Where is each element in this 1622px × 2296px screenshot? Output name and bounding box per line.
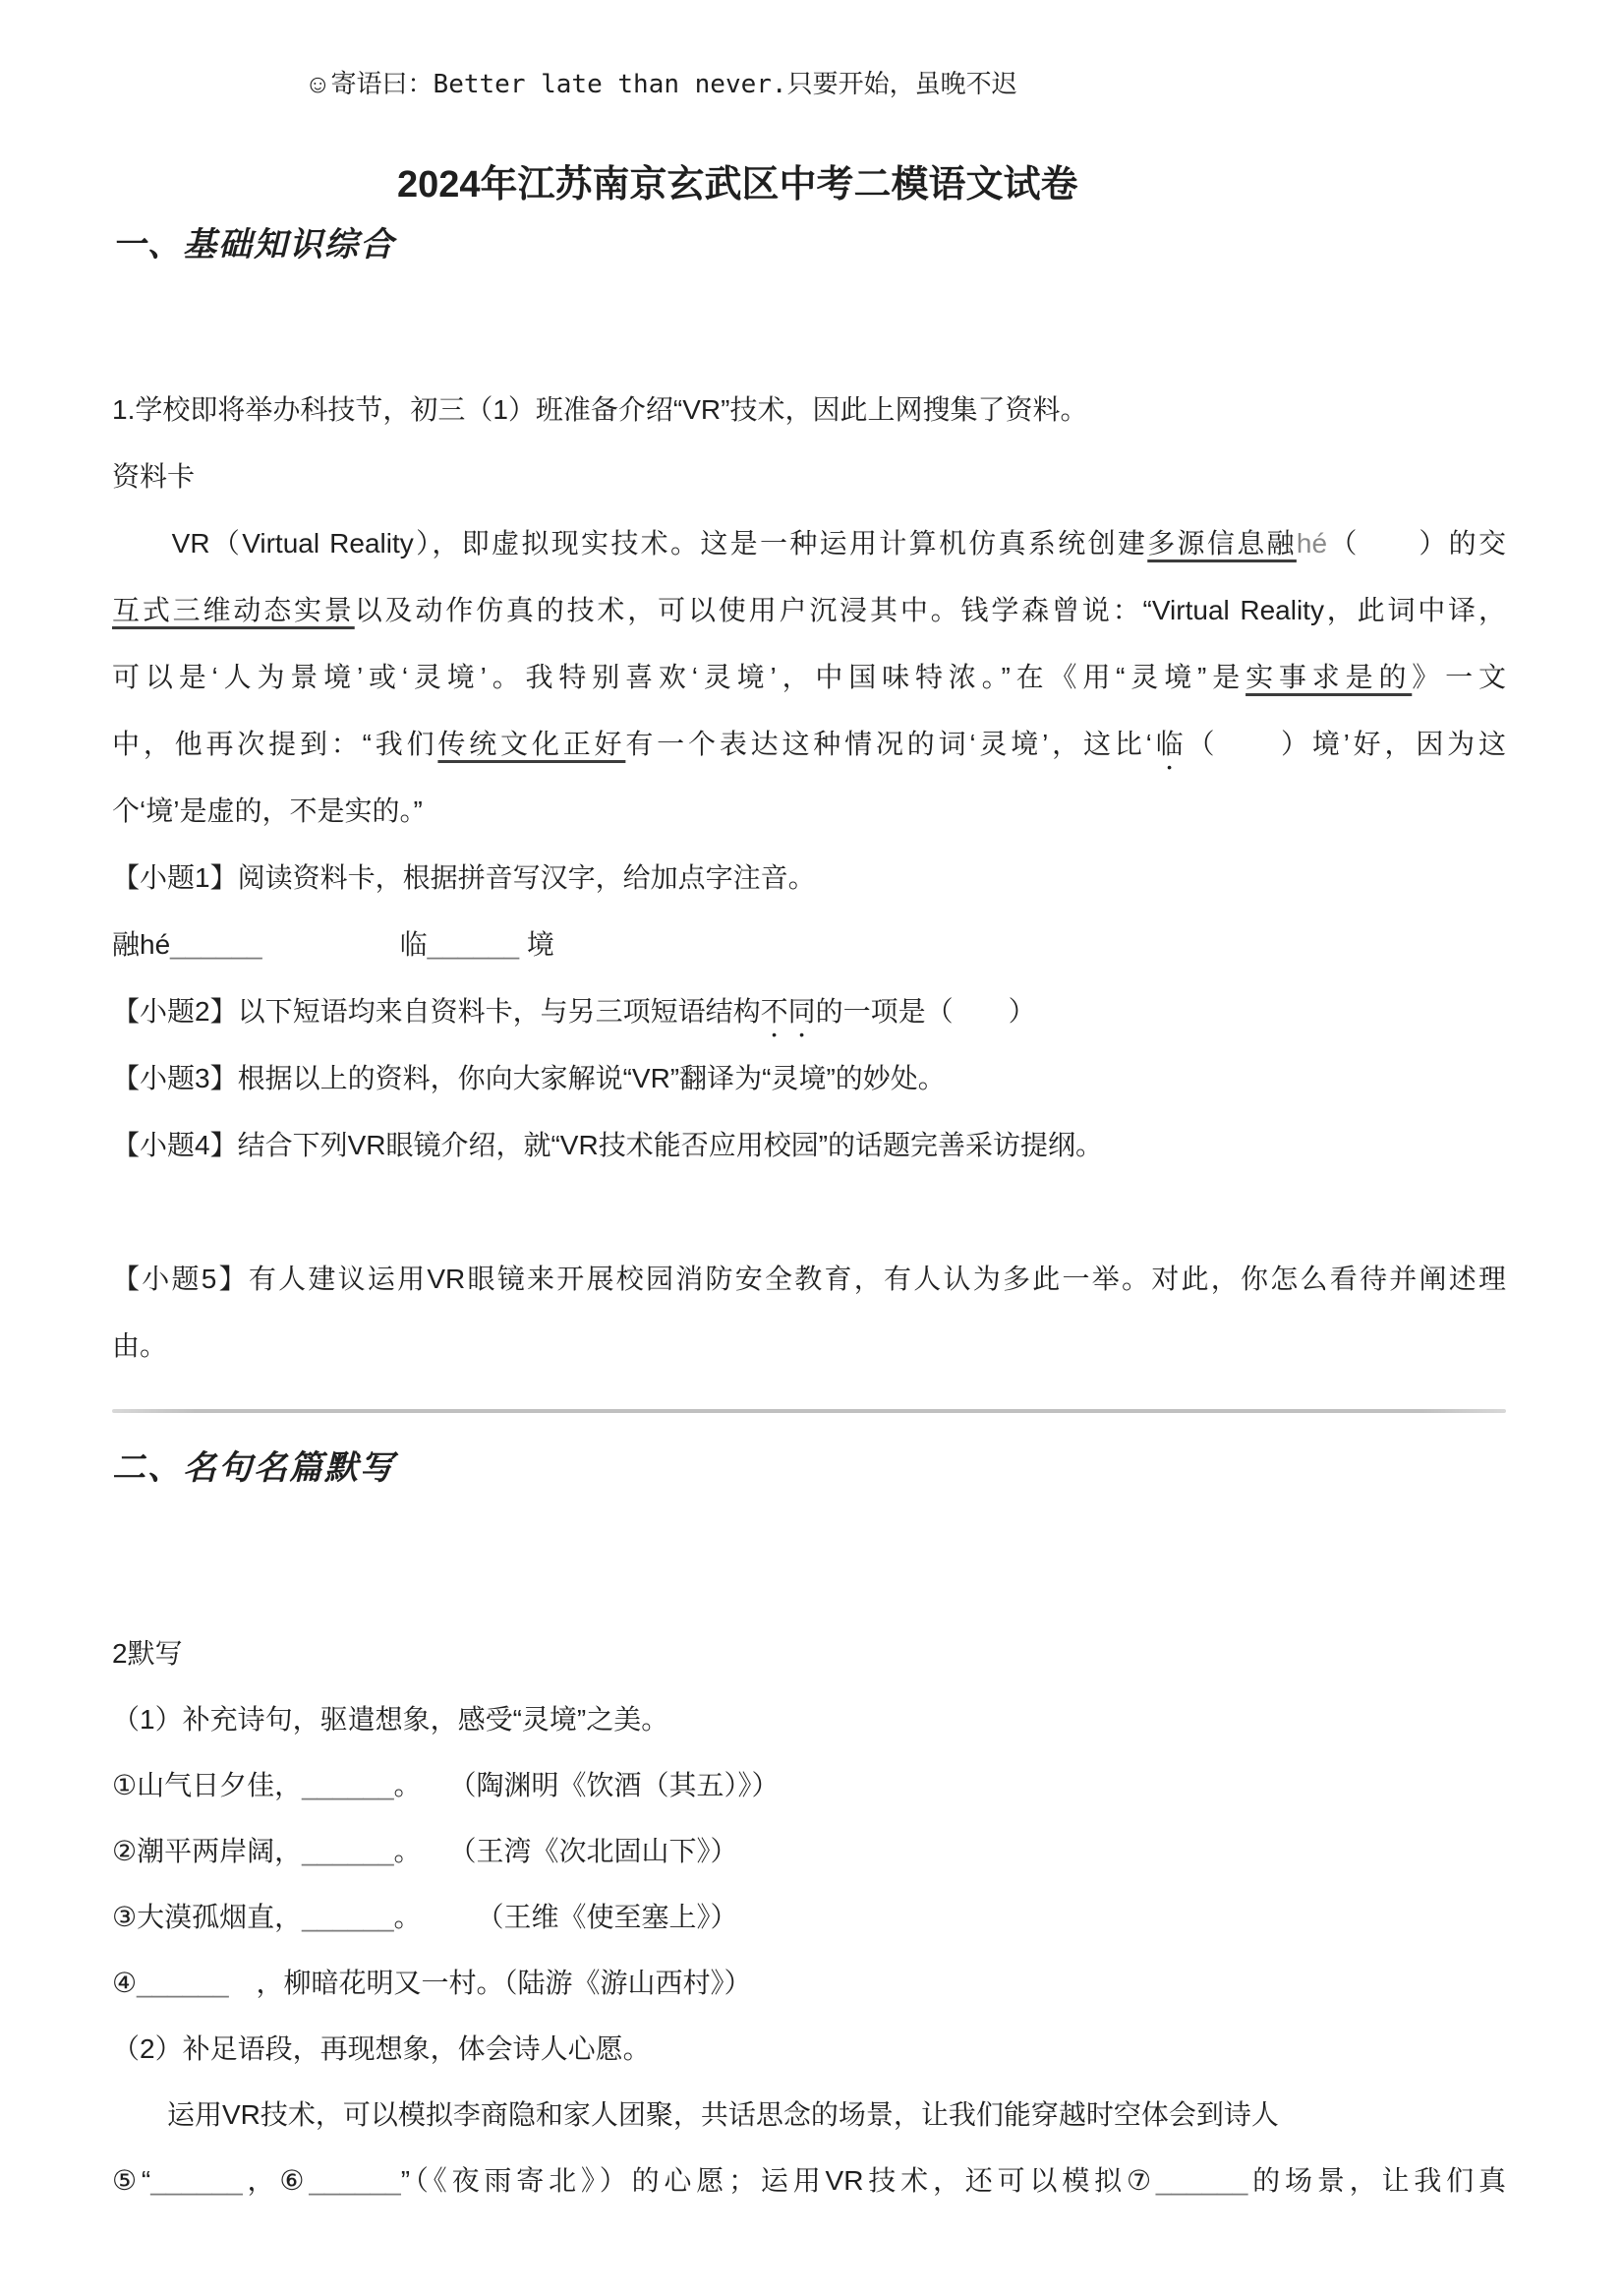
text-line: ④______ ，柳暗花明又一村。（陆游《游山西村》） [112,1950,1506,2016]
text-line: 资料卡 [112,443,1506,510]
text-line: 【小题1】阅读资料卡，根据拼音写汉字，给加点字注音。 [112,845,1506,912]
text-run: ②潮平两岸阔， [112,1836,302,1866]
text-line: VR（Virtual Reality），即虚拟现实技术。这是一种运用计算机仿真系… [112,510,1506,577]
text-run: 【小题3】根据以上的资料，你向大家解说“VR”翻译为“灵境”的妙处。 [112,1063,946,1093]
text-run: 运用VR技术，可以模拟李商隐和家人团聚，共话思念的场景，让我们能穿越时空体会到诗… [112,2099,1279,2130]
answer-blank: ______ [428,929,519,960]
section2-body: 2默写（1）补充诗句，驱遣想象，感受“灵境”之美。①山气日夕佳，______。 … [112,1620,1506,2213]
text-run: 由。 [112,1330,167,1361]
text-run: ③大漠孤烟直， [112,1902,302,1932]
text-line: 【小题5】有人建议运用VR眼镜来开展校园消防安全教育，有人认为多此一举。对此，你… [112,1246,1506,1313]
page-motto: ☺寄语曰：Better late than never.只要开始，虽晚不迟 [112,0,1506,99]
text-line: （2）补足语段，再现想象，体会诗人心愿。 [112,2016,1506,2082]
dotted-emphasis-text: 不同 [761,996,816,1027]
underlined-text: 传统文化正好 [437,729,625,759]
text-line: 【小题3】根据以上的资料，你向大家解说“VR”翻译为“灵境”的妙处。 [112,1045,1506,1112]
underlined-text: 实事求是的 [1245,662,1412,692]
text-line: 由。 [112,1313,1506,1380]
answer-blank: ______ [150,2165,242,2196]
text-run: （2）补足语段，再现想象，体会诗人心愿。 [112,2033,651,2064]
text-run: 【小题4】结合下列VR眼镜介绍，就“VR技术能否应用校园”的话题完善采访提纲。 [112,1130,1103,1160]
section1-heading: 一、基础知识综合 [112,223,1506,266]
section-divider [112,1409,1506,1413]
text-run: 。 （陶渊明《饮酒（其五）》） [394,1770,780,1800]
text-line: 2默写 [112,1620,1506,1686]
answer-blank: ______ [302,1836,393,1866]
section1-body: 1.学校即将举办科技节，初三（1）班准备介绍“VR”技术，因此上网搜集了资料。资… [112,377,1506,1380]
text-line: 中，他再次提到：“我们传统文化正好有一个表达这种情况的词‘灵境’，这比‘临（ ）… [112,711,1506,778]
text-run: ，柳暗花明又一村。（陆游《游山西村》） [229,1968,752,1998]
section2-heading: 二、名句名篇默写 [112,1446,1506,1490]
text-run: 临 [400,929,428,960]
text-run: 以及动作仿真的技术，可以使用户沉浸其中。钱学森曾说：“Virtual Reali… [355,595,1506,625]
text-run: 。 （王湾《次北固山下》） [394,1836,738,1866]
text-run: ⑤“ [112,2165,150,2196]
text-run [262,929,400,960]
text-line: 1.学校即将举办科技节，初三（1）班准备介绍“VR”技术，因此上网搜集了资料。 [112,377,1506,443]
text-run: ④ [112,1968,137,1998]
answer-blank: ______ [309,2165,400,2196]
text-line: 个‘境’是虚的，不是实的。” [112,778,1506,845]
text-run: 资料卡 [112,461,195,492]
text-run: 中，他再次提到：“我们 [112,729,437,759]
page-title: 2024年江苏南京玄武区中考二模语文试卷 [112,162,1506,207]
text-run: 境 [519,929,554,960]
text-run: 的一项是（ ） [816,996,1036,1027]
answer-blank: ______ [137,1968,228,1998]
text-run: 有一个表达这种情况的词‘灵境’，这比‘ [625,729,1152,759]
pinyin-text: hé [1297,528,1327,559]
exam-document-page: ☺寄语曰：Better late than never.只要开始，虽晚不迟 20… [0,0,1622,2213]
text-run: 》一文 [1412,662,1506,692]
text-line: （1）补充诗句，驱遣想象，感受“灵境”之美。 [112,1686,1506,1752]
text-run: 个‘境’是虚的，不是实的。” [112,795,423,826]
text-line: 融hé______ 临______ 境 [112,912,1506,978]
text-line: 互式三维动态实景以及动作仿真的技术，可以使用户沉浸其中。钱学森曾说：“Virtu… [112,577,1506,644]
english-text: Better late than never. [434,70,787,99]
text-run: ①山气日夕佳， [112,1770,302,1800]
text-run: 只要开始，虽晚不迟 [787,69,1017,98]
answer-blank: ______ [1156,2165,1247,2196]
text-run: 的场景，让我们真 [1247,2165,1506,2196]
text-run: 2默写 [112,1638,183,1669]
text-run: 可以是‘人为景境’或‘灵境’。我特别喜欢‘灵境’，中国味特浓。”在《用“灵境”是 [112,662,1245,692]
answer-blank: ______ [170,929,261,960]
text-run: 【小题2】以下短语均来自资料卡，与另三项短语结构 [112,996,761,1027]
answer-blank: ______ [302,1770,393,1800]
text-run: （ ）的交 [1327,528,1506,559]
text-line: 运用VR技术，可以模拟李商隐和家人团聚，共话思念的场景，让我们能穿越时空体会到诗… [112,2082,1506,2148]
text-line: ⑤“______，⑥______”（《夜雨寄北》）的心愿；运用VR技术，还可以模… [112,2148,1506,2213]
text-line: 可以是‘人为景境’或‘灵境’。我特别喜欢‘灵境’，中国味特浓。”在《用“灵境”是… [112,644,1506,711]
text-run: 【小题5】有人建议运用VR眼镜来开展校园消防安全教育，有人认为多此一举。对此，你… [112,1264,1506,1294]
text-line: 【小题2】以下短语均来自资料卡，与另三项短语结构不同的一项是（ ） [112,978,1506,1045]
text-run: （1）补充诗句，驱遣想象，感受“灵境”之美。 [112,1704,668,1735]
text-run: 1.学校即将举办科技节，初三（1）班准备介绍“VR”技术，因此上网搜集了资料。 [112,394,1087,425]
text-line: ①山气日夕佳，______。 （陶渊明《饮酒（其五）》） [112,1752,1506,1818]
text-line: ③大漠孤烟直，______。 （王维《使至塞上》） [112,1884,1506,1950]
dotted-emphasis-text: 临 [1152,729,1188,759]
text-line: 【小题4】结合下列VR眼镜介绍，就“VR技术能否应用校园”的话题完善采访提纲。 [112,1112,1506,1179]
underlined-text: 多源信息融 [1147,528,1297,559]
text-run: ”（《夜雨寄北》）的心愿；运用VR技术，还可以模拟⑦ [401,2165,1156,2196]
answer-blank: ______ [302,1902,393,1932]
text-line: ②潮平两岸阔，______。 （王湾《次北固山下》） [112,1818,1506,1884]
text-run: ☺寄语曰： [305,69,434,98]
text-run: 。 （王维《使至塞上》） [394,1902,738,1932]
text-run: ，⑥ [243,2165,310,2196]
underlined-text: 互式三维动态实景 [112,595,355,625]
text-run: （ ）境’好，因为这 [1188,729,1506,759]
text-run: VR（Virtual Reality），即虚拟现实技术。这是一种运用计算机仿真系… [112,528,1147,559]
text-run: 【小题1】阅读资料卡，根据拼音写汉字，给加点字注音。 [112,862,816,893]
text-run: 融hé [112,929,170,960]
